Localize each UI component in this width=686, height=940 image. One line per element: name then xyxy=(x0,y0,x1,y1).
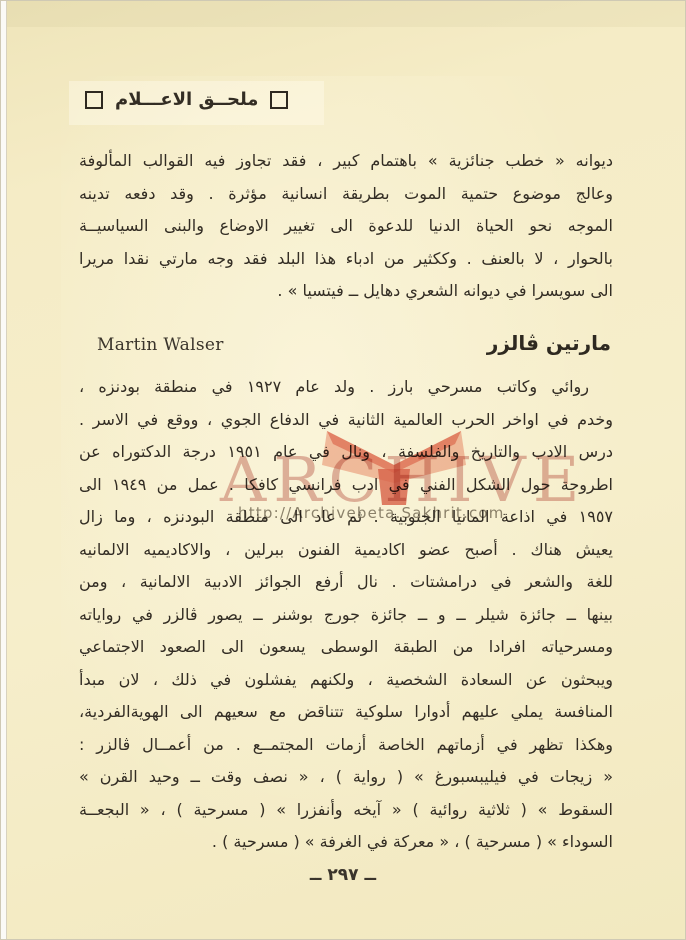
paragraph-line: وهكذا تظهر في أزماتهم الخاصة أزمات المجت… xyxy=(79,729,613,762)
paragraph-line: المنافسة يملي عليهم أدوارا سلوكية تتناقض… xyxy=(79,696,613,729)
paragraph-line: الى سويسرا في ديوانه الشعري دهايل ــ فيت… xyxy=(79,275,613,308)
paragraph-line: يعيش هناك . أصبح عضو اكاديمية الفنون ببر… xyxy=(79,534,613,567)
paragraph-line: ومسرحياته افرادا من الطبقة الوسطى يسعون … xyxy=(79,631,613,664)
scanned-book-page: ملحــق الاعـــلام ديوانه « خطب جنائزية »… xyxy=(0,0,686,940)
paragraph-line: للغة والشعر في درامشتات . نال أرفع الجوا… xyxy=(79,566,613,599)
paragraph-line: وخدم في اواخر الحرب العالمية الثانية في … xyxy=(79,404,613,437)
intro-paragraph: ديوانه « خطب جنائزية » باهتمام كبير ، فق… xyxy=(79,145,613,308)
entry-name-arabic: مارتين ڤالزر xyxy=(487,331,611,355)
scan-edge-left xyxy=(1,1,7,940)
paragraph-line: الموجه نحو الحياة الدنيا للدعوة الى تغيي… xyxy=(79,210,613,243)
paragraph-line: ديوانه « خطب جنائزية » باهتمام كبير ، فق… xyxy=(79,145,613,178)
appendix-header: ملحــق الاعـــلام xyxy=(85,89,288,110)
appendix-title: ملحــق الاعـــلام xyxy=(115,89,258,110)
paragraph-line: ١٩٥٧ في اذاعة المانيا الجنوبية . ثم عاد … xyxy=(79,501,613,534)
scan-edge-top xyxy=(1,1,686,27)
paragraph-line: اطروحة حول الشكل الفني في ادب فرانسي كاف… xyxy=(79,469,613,502)
paragraph-line: السوداء » ( مسرحية ) ، « معركة في الغرفة… xyxy=(79,826,613,859)
paragraph-line: السقوط » ( ثلاثية روائية ) « آيخه وأنفزر… xyxy=(79,794,613,827)
entry-paragraph: روائي وكاتب مسرحي بارز . ولد عام ١٩٢٧ في… xyxy=(79,371,613,859)
paragraph-line: روائي وكاتب مسرحي بارز . ولد عام ١٩٢٧ في… xyxy=(79,371,613,404)
entry-heading: Martin Walser مارتين ڤالزر xyxy=(79,331,613,367)
page-number: ــ ٢٩٧ ــ xyxy=(1,865,685,885)
paragraph-line: بالحوار ، لا بالعنف . وككثير من ادباء هذ… xyxy=(79,243,613,276)
paragraph-line: وعالج موضوع حتمية الموت بطريقة انسانية م… xyxy=(79,178,613,211)
paragraph-line: ويبحثون عن السعادة الشخصية ، ولكنهم يفشل… xyxy=(79,664,613,697)
paragraph-line: درس الادب والتاريخ والفلسفة ، ونال في عا… xyxy=(79,436,613,469)
paragraph-line: « زيجات في فيليبسبورغ » ( رواية ) ، « نص… xyxy=(79,761,613,794)
checkbox-square-icon xyxy=(85,91,103,109)
entry-name-latin: Martin Walser xyxy=(97,335,224,355)
checkbox-square-icon xyxy=(270,91,288,109)
paragraph-line: بينها ــ جائزة شيلر ــ و ــ جائزة جورج ب… xyxy=(79,599,613,632)
